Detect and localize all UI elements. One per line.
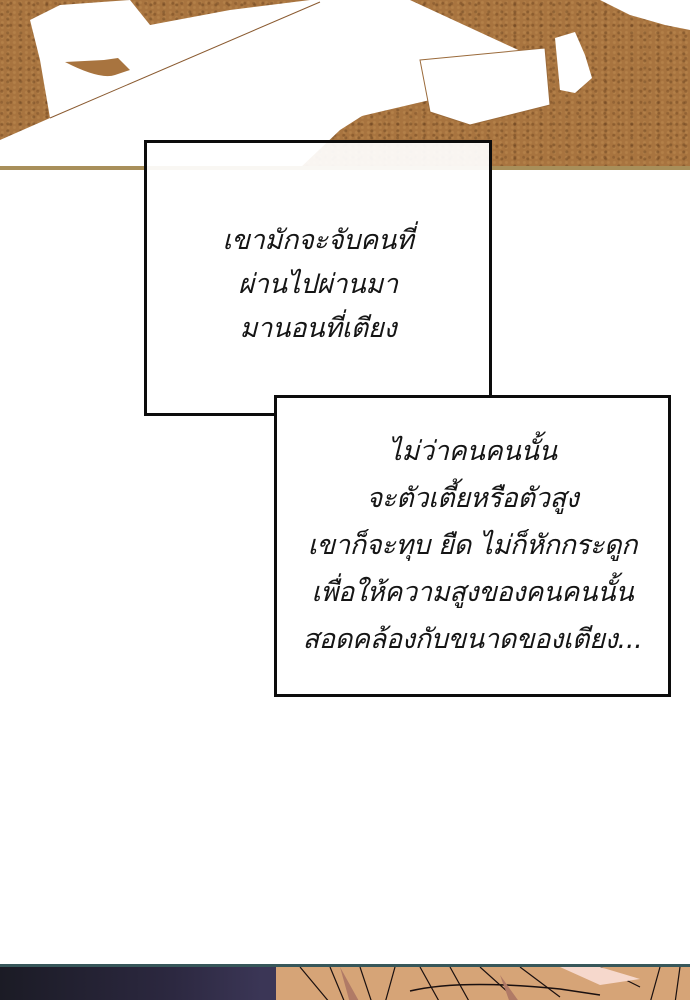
narration-line: เขาก็จะทุบ ยืด ไม่ก็หักกระดูก [308, 522, 637, 569]
narration-line: เขามักจะจับคนที่ [223, 219, 414, 263]
narration-line: จะตัวเตี้ยหรือตัวสูง [366, 475, 578, 522]
narration-box-2: ไม่ว่าคนคนนั้น จะตัวเตี้ยหรือตัวสูง เขาก… [274, 395, 671, 697]
narration-box-1: เขามักจะจับคนที่ ผ่านไปผ่านมา มานอนที่เต… [144, 140, 492, 416]
character-hair-illustration [0, 967, 690, 1000]
narration-line: ไม่ว่าคนคนนั้น [388, 428, 557, 475]
bottom-comic-panel [0, 964, 690, 1000]
narration-line: เพื่อให้ความสูงของคนคนนั้น [312, 569, 634, 616]
narration-line: ผ่านไปผ่านมา [238, 263, 398, 307]
narration-line: มานอนที่เตียง [240, 307, 397, 351]
narration-line: สอดคล้องกับขนาดของเตียง... [303, 616, 643, 663]
